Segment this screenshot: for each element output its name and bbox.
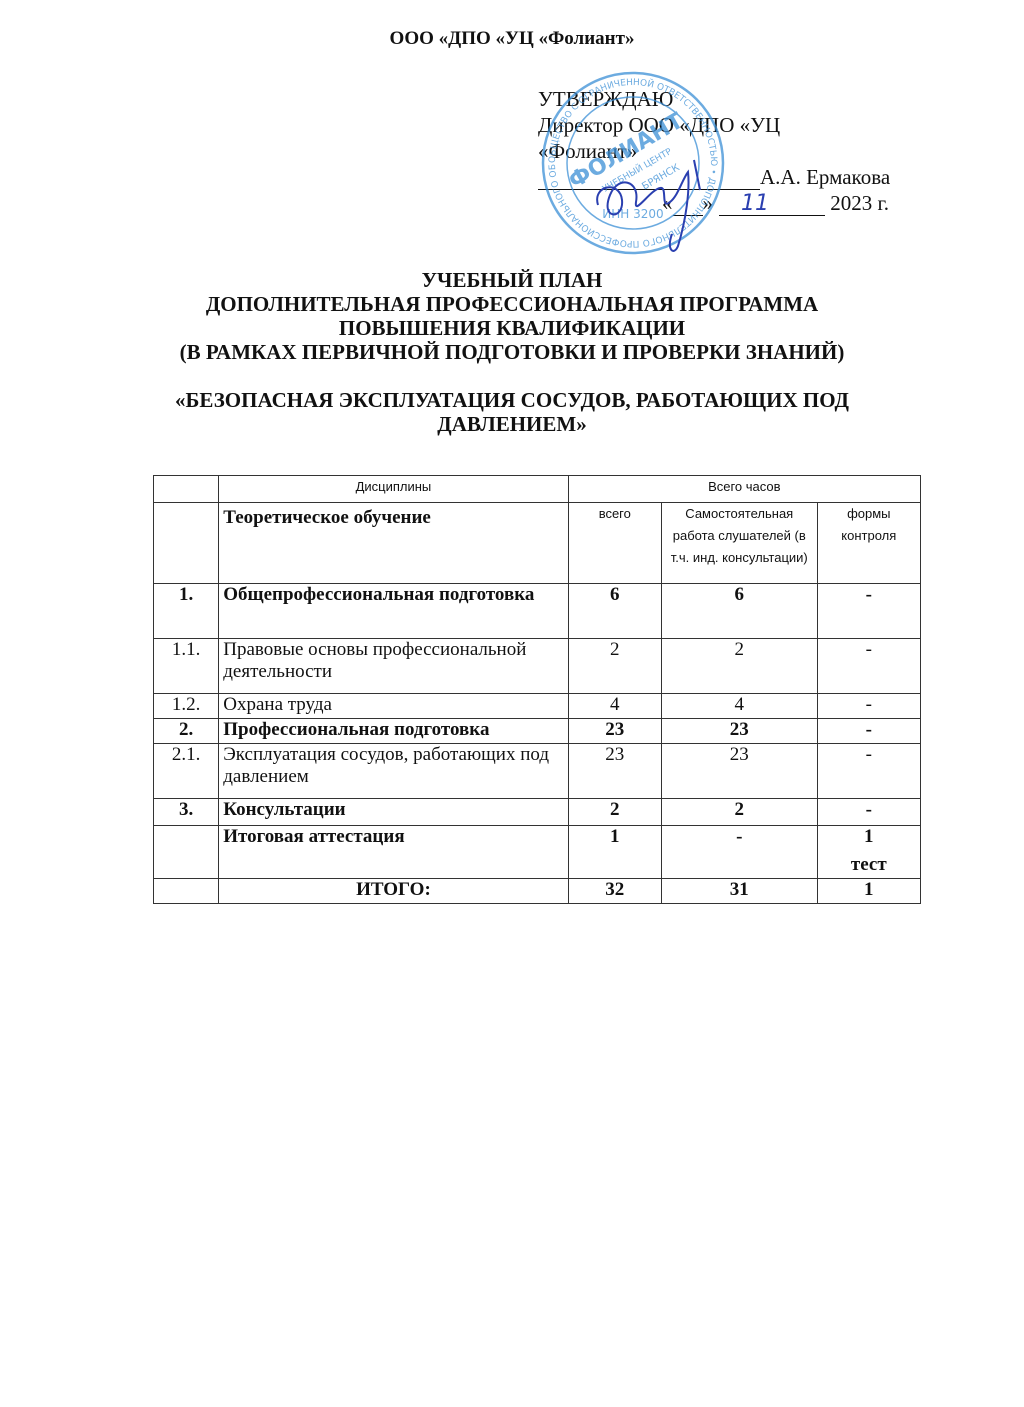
row-discipline: Профессиональная подготовка: [219, 719, 568, 744]
table-row: 1.2.Охрана труда44-: [154, 694, 921, 719]
signature-line: А.А. Ермакова: [538, 164, 890, 190]
row-control-value: -: [822, 799, 916, 821]
signature-field: [538, 169, 760, 190]
row-discipline: Консультации: [219, 799, 568, 826]
row-total-hours: 23: [568, 744, 661, 799]
row-control-value: -: [822, 694, 916, 716]
row-control-value: -: [822, 744, 916, 766]
row-control-form: -: [817, 799, 920, 826]
position-line-2: «Фолиант»: [538, 138, 890, 164]
row-control-form: -: [817, 719, 920, 744]
row-discipline: Охрана труда: [219, 694, 568, 719]
row-self-study: 2: [661, 799, 817, 826]
row-number: [154, 826, 219, 879]
row-control-form: -: [817, 639, 920, 694]
signatory-name: А.А. Ермакова: [760, 165, 890, 189]
row-total-hours: 4: [568, 694, 661, 719]
header-col-self-study: Самостоятельная работа слушателей (в т.ч…: [661, 503, 817, 584]
row-self-study: 2: [661, 639, 817, 694]
program-title-line-2: ДАВЛЕНИЕМ»: [0, 412, 1024, 436]
row-self-study: 4: [661, 694, 817, 719]
header-empty-cell: [154, 476, 219, 503]
row-number: 1.: [154, 584, 219, 639]
header-empty-cell: [154, 503, 219, 584]
row-discipline: Правовые основы профессиональной деятель…: [219, 639, 568, 694]
row-total-hours: 2: [568, 639, 661, 694]
total-control: 1: [817, 879, 920, 904]
row-control-value: 1: [822, 826, 916, 848]
row-self-study: 23: [661, 744, 817, 799]
date-open-quote: «: [662, 191, 673, 215]
row-control-value: -: [822, 584, 916, 606]
date-line: «»11 2023 г.: [538, 190, 890, 216]
row-number: 2.1.: [154, 744, 219, 799]
approval-block: УТВЕРЖДАЮ Директор ООО «ДПО «УЦ «Фолиант…: [538, 86, 890, 216]
table-row: Итоговая аттестация1-1тест: [154, 826, 921, 879]
date-close-quote: »: [703, 191, 714, 215]
header-section-title: Теоретическое обучение: [219, 503, 568, 584]
total-label: ИТОГО:: [219, 879, 568, 904]
row-number: 1.2.: [154, 694, 219, 719]
table-header-row-1: Дисциплины Всего часов: [154, 476, 921, 503]
date-month-handwritten: 11: [741, 191, 769, 217]
row-discipline: Итоговая аттестация: [219, 826, 568, 879]
row-discipline: Общепрофессиональная подготовка: [219, 584, 568, 639]
position-line-1: Директор ООО «ДПО «УЦ: [538, 112, 890, 138]
row-total-hours: 1: [568, 826, 661, 879]
row-self-study: 23: [661, 719, 817, 744]
row-self-study: -: [661, 826, 817, 879]
date-year: 2023 г.: [830, 191, 889, 215]
total-hours: 32: [568, 879, 661, 904]
row-total-hours: 23: [568, 719, 661, 744]
row-discipline: Эксплуатация сосудов, работающих под дав…: [219, 744, 568, 799]
title-line-3: ПОВЫШЕНИЯ КВАЛИФИКАЦИИ: [0, 316, 1024, 340]
title-line-2: ДОПОЛНИТЕЛЬНАЯ ПРОФЕССИОНАЛЬНАЯ ПРОГРАММ…: [0, 292, 1024, 316]
document-title-block: УЧЕБНЫЙ ПЛАН ДОПОЛНИТЕЛЬНАЯ ПРОФЕССИОНАЛ…: [0, 268, 1024, 436]
curriculum-table: Дисциплины Всего часов Теоретическое обу…: [153, 475, 921, 904]
table-total-row: ИТОГО: 32 31 1: [154, 879, 921, 904]
row-control-value: -: [822, 719, 916, 741]
organization-name: ООО «ДПО «УЦ «Фолиант»: [0, 28, 1024, 50]
table-row: 3.Консультации22-: [154, 799, 921, 826]
table-header-row-2: Теоретическое обучение всего Самостоятел…: [154, 503, 921, 584]
row-total-hours: 2: [568, 799, 661, 826]
table-row: 1.1.Правовые основы профессиональной дея…: [154, 639, 921, 694]
table-row: 1.Общепрофессиональная подготовка66-: [154, 584, 921, 639]
row-control-form: 1тест: [817, 826, 920, 879]
header-col-total: всего: [568, 503, 661, 584]
date-day-field: [673, 195, 703, 216]
row-self-study: 6: [661, 584, 817, 639]
date-month-field: 11: [719, 195, 825, 216]
header-col-control: формы контроля: [817, 503, 920, 584]
row-control-note: тест: [822, 854, 916, 876]
header-disciplines: Дисциплины: [219, 476, 568, 503]
title-line-4: (В РАМКАХ ПЕРВИЧНОЙ ПОДГОТОВКИ И ПРОВЕРК…: [0, 340, 1024, 364]
row-number: 2.: [154, 719, 219, 744]
table-row: 2.1.Эксплуатация сосудов, работающих под…: [154, 744, 921, 799]
header-total-hours: Всего часов: [568, 476, 920, 503]
row-total-hours: 6: [568, 584, 661, 639]
program-title-line-1: «БЕЗОПАСНАЯ ЭКСПЛУАТАЦИЯ СОСУДОВ, РАБОТА…: [0, 388, 1024, 412]
title-line-1: УЧЕБНЫЙ ПЛАН: [0, 268, 1024, 292]
approve-label: УТВЕРЖДАЮ: [538, 86, 890, 112]
row-number: 1.1.: [154, 639, 219, 694]
total-self-study: 31: [661, 879, 817, 904]
row-control-value: -: [822, 639, 916, 661]
table-row: 2.Профессиональная подготовка2323-: [154, 719, 921, 744]
row-number: 3.: [154, 799, 219, 826]
row-control-form: -: [817, 584, 920, 639]
row-control-form: -: [817, 744, 920, 799]
row-control-form: -: [817, 694, 920, 719]
